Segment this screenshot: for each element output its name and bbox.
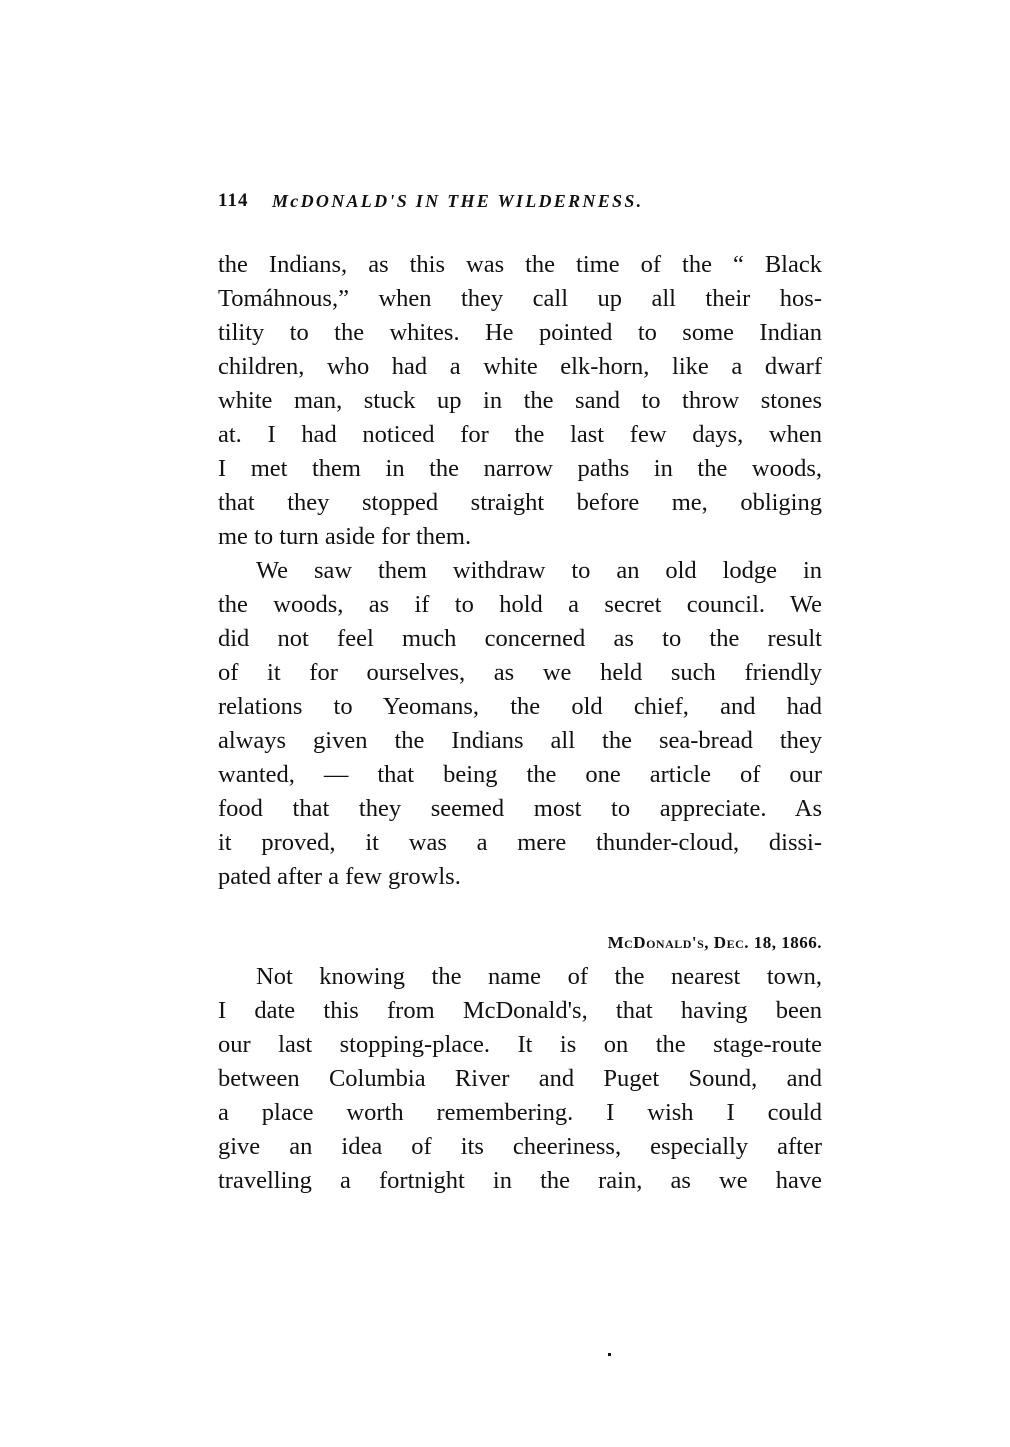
text-line: me to turn aside for them. [218,520,822,554]
book-page: 114 McDONALD'S IN THE WILDERNESS. the In… [0,0,1010,1447]
text-line: of it for ourselves, as we held such fri… [218,656,822,690]
text-line: give an idea of its cheeriness, especial… [218,1130,822,1164]
page-number: 114 [218,188,248,214]
text-line: food that they seemed most to appreciate… [218,792,822,826]
paragraph-3: Not knowing the name of the nearest town… [218,960,822,1198]
paragraph-1: the Indians, as this was the time of the… [218,248,822,554]
dateline: McDonald's, Dec. 18, 1866. [500,930,822,956]
text-line: I date this from McDonald's, that having… [218,994,822,1028]
text-line: our last stopping-place. It is on the st… [218,1028,822,1062]
text-line: between Columbia River and Puget Sound, … [218,1062,822,1096]
text-line: Tomáhnous,” when they call up all their … [218,282,822,316]
text-line: the woods, as if to hold a secret counci… [218,588,822,622]
running-title: McDONALD'S IN THE WILDERNESS. [272,188,643,214]
text-line: tility to the whites. He pointed to some… [218,316,822,350]
text-line: the Indians, as this was the time of the… [218,248,822,282]
text-line: white man, stuck up in the sand to throw… [218,384,822,418]
text-line: children, who had a white elk-horn, like… [218,350,822,384]
text-line: travelling a fortnight in the rain, as w… [218,1164,822,1198]
text-line: We saw them withdraw to an old lodge in [218,554,822,588]
text-line: that they stopped straight before me, ob… [218,486,822,520]
text-line: relations to Yeomans, the old chief, and… [218,690,822,724]
printer-mark [608,1353,611,1356]
text-line: wanted, — that being the one article of … [218,758,822,792]
text-line: at. I had noticed for the last few days,… [218,418,822,452]
text-line: I met them in the narrow paths in the wo… [218,452,822,486]
page-header: 114 McDONALD'S IN THE WILDERNESS. [218,188,822,214]
text-line: a place worth remembering. I wish I coul… [218,1096,822,1130]
text-line: did not feel much concerned as to the re… [218,622,822,656]
text-line: Not knowing the name of the nearest town… [218,960,822,994]
paragraph-2: We saw them withdraw to an old lodge in … [218,554,822,894]
text-line: always given the Indians all the sea-bre… [218,724,822,758]
text-line: pated after a few growls. [218,860,822,894]
text-line: it proved, it was a mere thunder-cloud, … [218,826,822,860]
